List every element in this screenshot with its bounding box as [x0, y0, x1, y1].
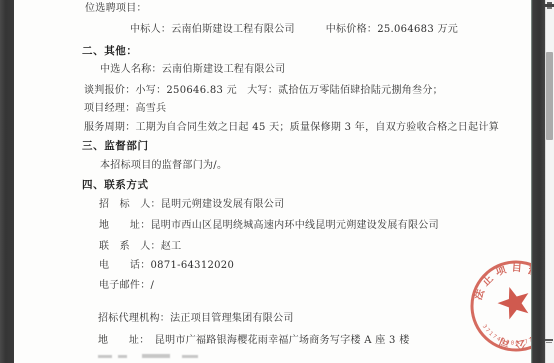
line-phone: 电 话：0871-64312020	[99, 260, 234, 272]
heading-section-3-supervision: 三、监督部门	[82, 140, 149, 152]
print-icon-paper	[547, 7, 552, 9]
truncated-line-fragment	[98, 355, 112, 358]
line-tenderee: 招 标 人：昆明元朔建设发展有限公司	[99, 199, 284, 211]
line-winner-and-price: 中标人：云南伯斯建设工程有限公司 中标价格：25.064683 万元	[130, 24, 458, 36]
print-icon[interactable]	[545, 2, 554, 10]
scrollbar-thumb[interactable]	[546, 52, 553, 140]
line-service-period: 服务周期：工期为自合同生效之日起 45 天；质量保修期 3 年，自双方验收合格之…	[84, 122, 499, 134]
line-project-manager: 项目经理：高雪兵	[84, 103, 166, 115]
line-agency-address: 地 址： 昆明市广福路银海樱花雨幸福广场商务写字楼 A 座 3 楼	[98, 335, 410, 347]
document-page: 位选聘项目： 中标人：云南伯斯建设工程有限公司 中标价格：25.064683 万…	[14, 0, 531, 363]
line-project-title-cont: 位选聘项目：	[85, 3, 147, 15]
line-supervision-dept: 本招标项目的监督部门为/。	[100, 160, 227, 172]
scroll-marker-icon[interactable]	[545, 339, 553, 344]
scroll-marker-bar	[546, 342, 552, 343]
heading-section-4-contact: 四、联系方式	[82, 179, 149, 191]
line-agency: 招标代理机构：法正项目管理集团有限公司	[98, 313, 294, 325]
viewer-left-edge	[0, 0, 14, 363]
line-negotiated-price: 谈判报价：小写：250646.83 元 大写：贰拾伍万零陆佰肆拾陆元捌角叁分；	[84, 85, 443, 97]
red-company-seal: 法正项目管理集团有限公司 3717400007770	[456, 246, 531, 363]
line-selected-company: 中选人名称：云南伯斯建设工程有限公司	[100, 64, 285, 76]
seal-star	[494, 282, 531, 321]
heading-section-2-other: 二、其他：	[82, 45, 138, 57]
truncated-line-fragment	[142, 354, 170, 358]
scroll-marker-bar	[545, 339, 553, 341]
document-viewer: 位选聘项目： 中标人：云南伯斯建设工程有限公司 中标价格：25.064683 万…	[0, 0, 554, 363]
truncated-line-fragment	[182, 355, 198, 358]
viewer-right-edge	[531, 0, 545, 363]
line-tenderee-address: 地 址：昆明市西山区昆明绕城高速内环中线昆明元朔建设发展有限公司	[99, 220, 439, 232]
line-contact-person: 联 系 人：赵工	[99, 241, 181, 253]
line-email: 电子邮件：/	[99, 280, 154, 292]
truncated-line-fragment	[118, 355, 127, 358]
